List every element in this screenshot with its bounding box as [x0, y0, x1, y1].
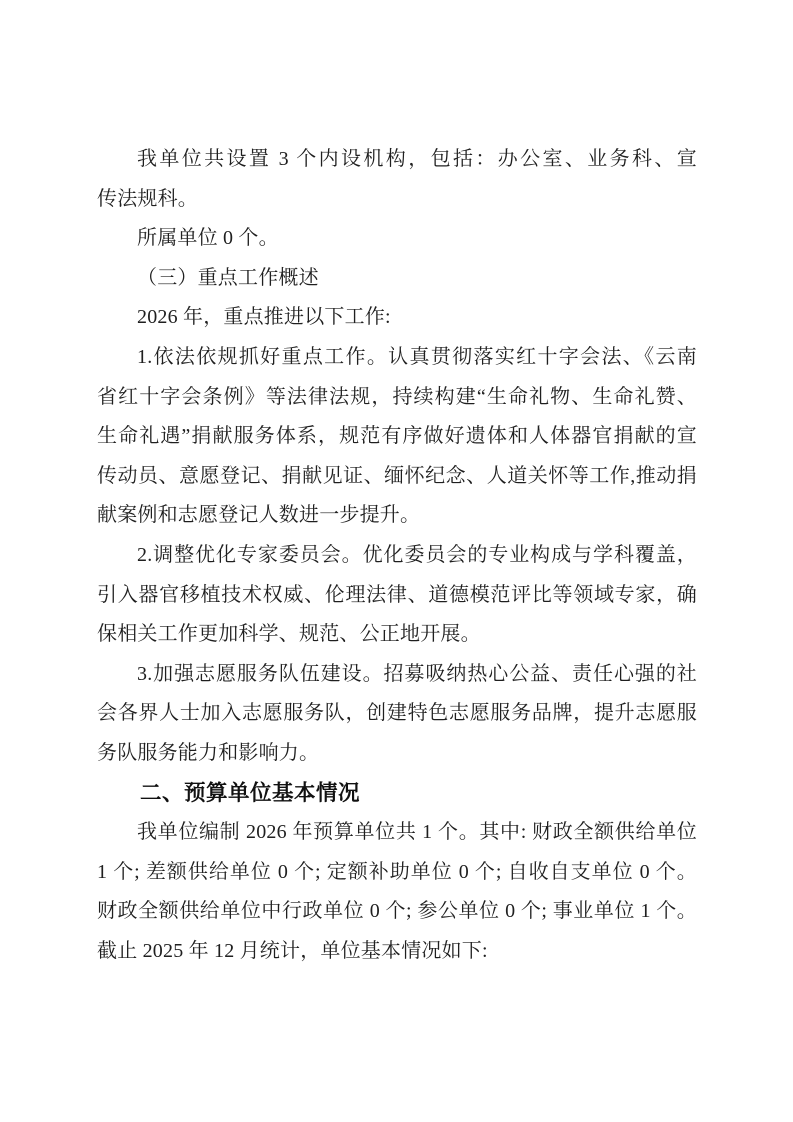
text-line: 我单位共设置 3 个内设机构，包括：办公室、业务科、宣 — [97, 140, 697, 180]
text-line: 1 个; 差额供给单位 0 个; 定额补助单位 0 个; 自收自支单位 0 个。 — [97, 853, 697, 893]
paragraph-budget-unit-stats: 我单位编制 2026 年预算单位共 1 个。其中: 财政全额供给单位1 个; 差… — [97, 813, 697, 971]
text-line: （三）重点工作概述 — [97, 259, 697, 299]
subheading-key-work-overview: （三）重点工作概述 — [97, 259, 697, 299]
text-line: 所属单位 0 个。 — [97, 219, 697, 259]
text-line: 财政全额供给单位中行政单位 0 个; 参公单位 0 个; 事业单位 1 个。 — [97, 892, 697, 932]
text-line: 二、预算单位基本情况 — [97, 774, 697, 814]
text-line: 保相关工作更加科学、规范、公正地开展。 — [97, 615, 697, 655]
text-line: 我单位编制 2026 年预算单位共 1 个。其中: 财政全额供给单位 — [97, 813, 697, 853]
text-line: 2026 年，重点推进以下工作: — [97, 298, 697, 338]
paragraph-item-1: 1.依法依规抓好重点工作。认真贯彻落实红十字会法、《云南省红十字会条例》等法律法… — [97, 338, 697, 536]
text-line: 传动员、意愿登记、捐献见证、缅怀纪念、人道关怀等工作,推动捐 — [97, 457, 697, 497]
paragraph-subordinate-units: 所属单位 0 个。 — [97, 219, 697, 259]
text-line: 献案例和志愿登记人数进一步提升。 — [97, 496, 697, 536]
paragraph-internal-orgs: 我单位共设置 3 个内设机构，包括：办公室、业务科、宣传法规科。 — [97, 140, 697, 219]
text-line: 会各界人士加入志愿服务队，创建特色志愿服务品牌，提升志愿服 — [97, 694, 697, 734]
paragraph-2026-intro: 2026 年，重点推进以下工作: — [97, 298, 697, 338]
text-line: 传法规科。 — [97, 180, 697, 220]
paragraph-item-3: 3.加强志愿服务队伍建设。招募吸纳热心公益、责任心强的社会各界人士加入志愿服务队… — [97, 655, 697, 774]
text-line: 2.调整优化专家委员会。优化委员会的专业构成与学科覆盖， — [97, 536, 697, 576]
text-line: 1.依法依规抓好重点工作。认真贯彻落实红十字会法、《云南 — [97, 338, 697, 378]
text-line: 截止 2025 年 12 月统计，单位基本情况如下: — [97, 932, 697, 972]
document-page: 我单位共设置 3 个内设机构，包括：办公室、业务科、宣传法规科。所属单位 0 个… — [0, 0, 793, 1122]
text-line: 引入器官移植技术权威、伦理法律、道德模范评比等领域专家，确 — [97, 576, 697, 616]
text-line: 务队服务能力和影响力。 — [97, 734, 697, 774]
text-line: 生命礼遇”捐献服务体系，规范有序做好遗体和人体器官捐献的宣 — [97, 417, 697, 457]
paragraph-item-2: 2.调整优化专家委员会。优化委员会的专业构成与学科覆盖，引入器官移植技术权威、伦… — [97, 536, 697, 655]
text-line: 3.加强志愿服务队伍建设。招募吸纳热心公益、责任心强的社 — [97, 655, 697, 695]
section-heading-budget-units: 二、预算单位基本情况 — [97, 774, 697, 814]
text-line: 省红十字会条例》等法律法规，持续构建“生命礼物、生命礼赞、 — [97, 378, 697, 418]
